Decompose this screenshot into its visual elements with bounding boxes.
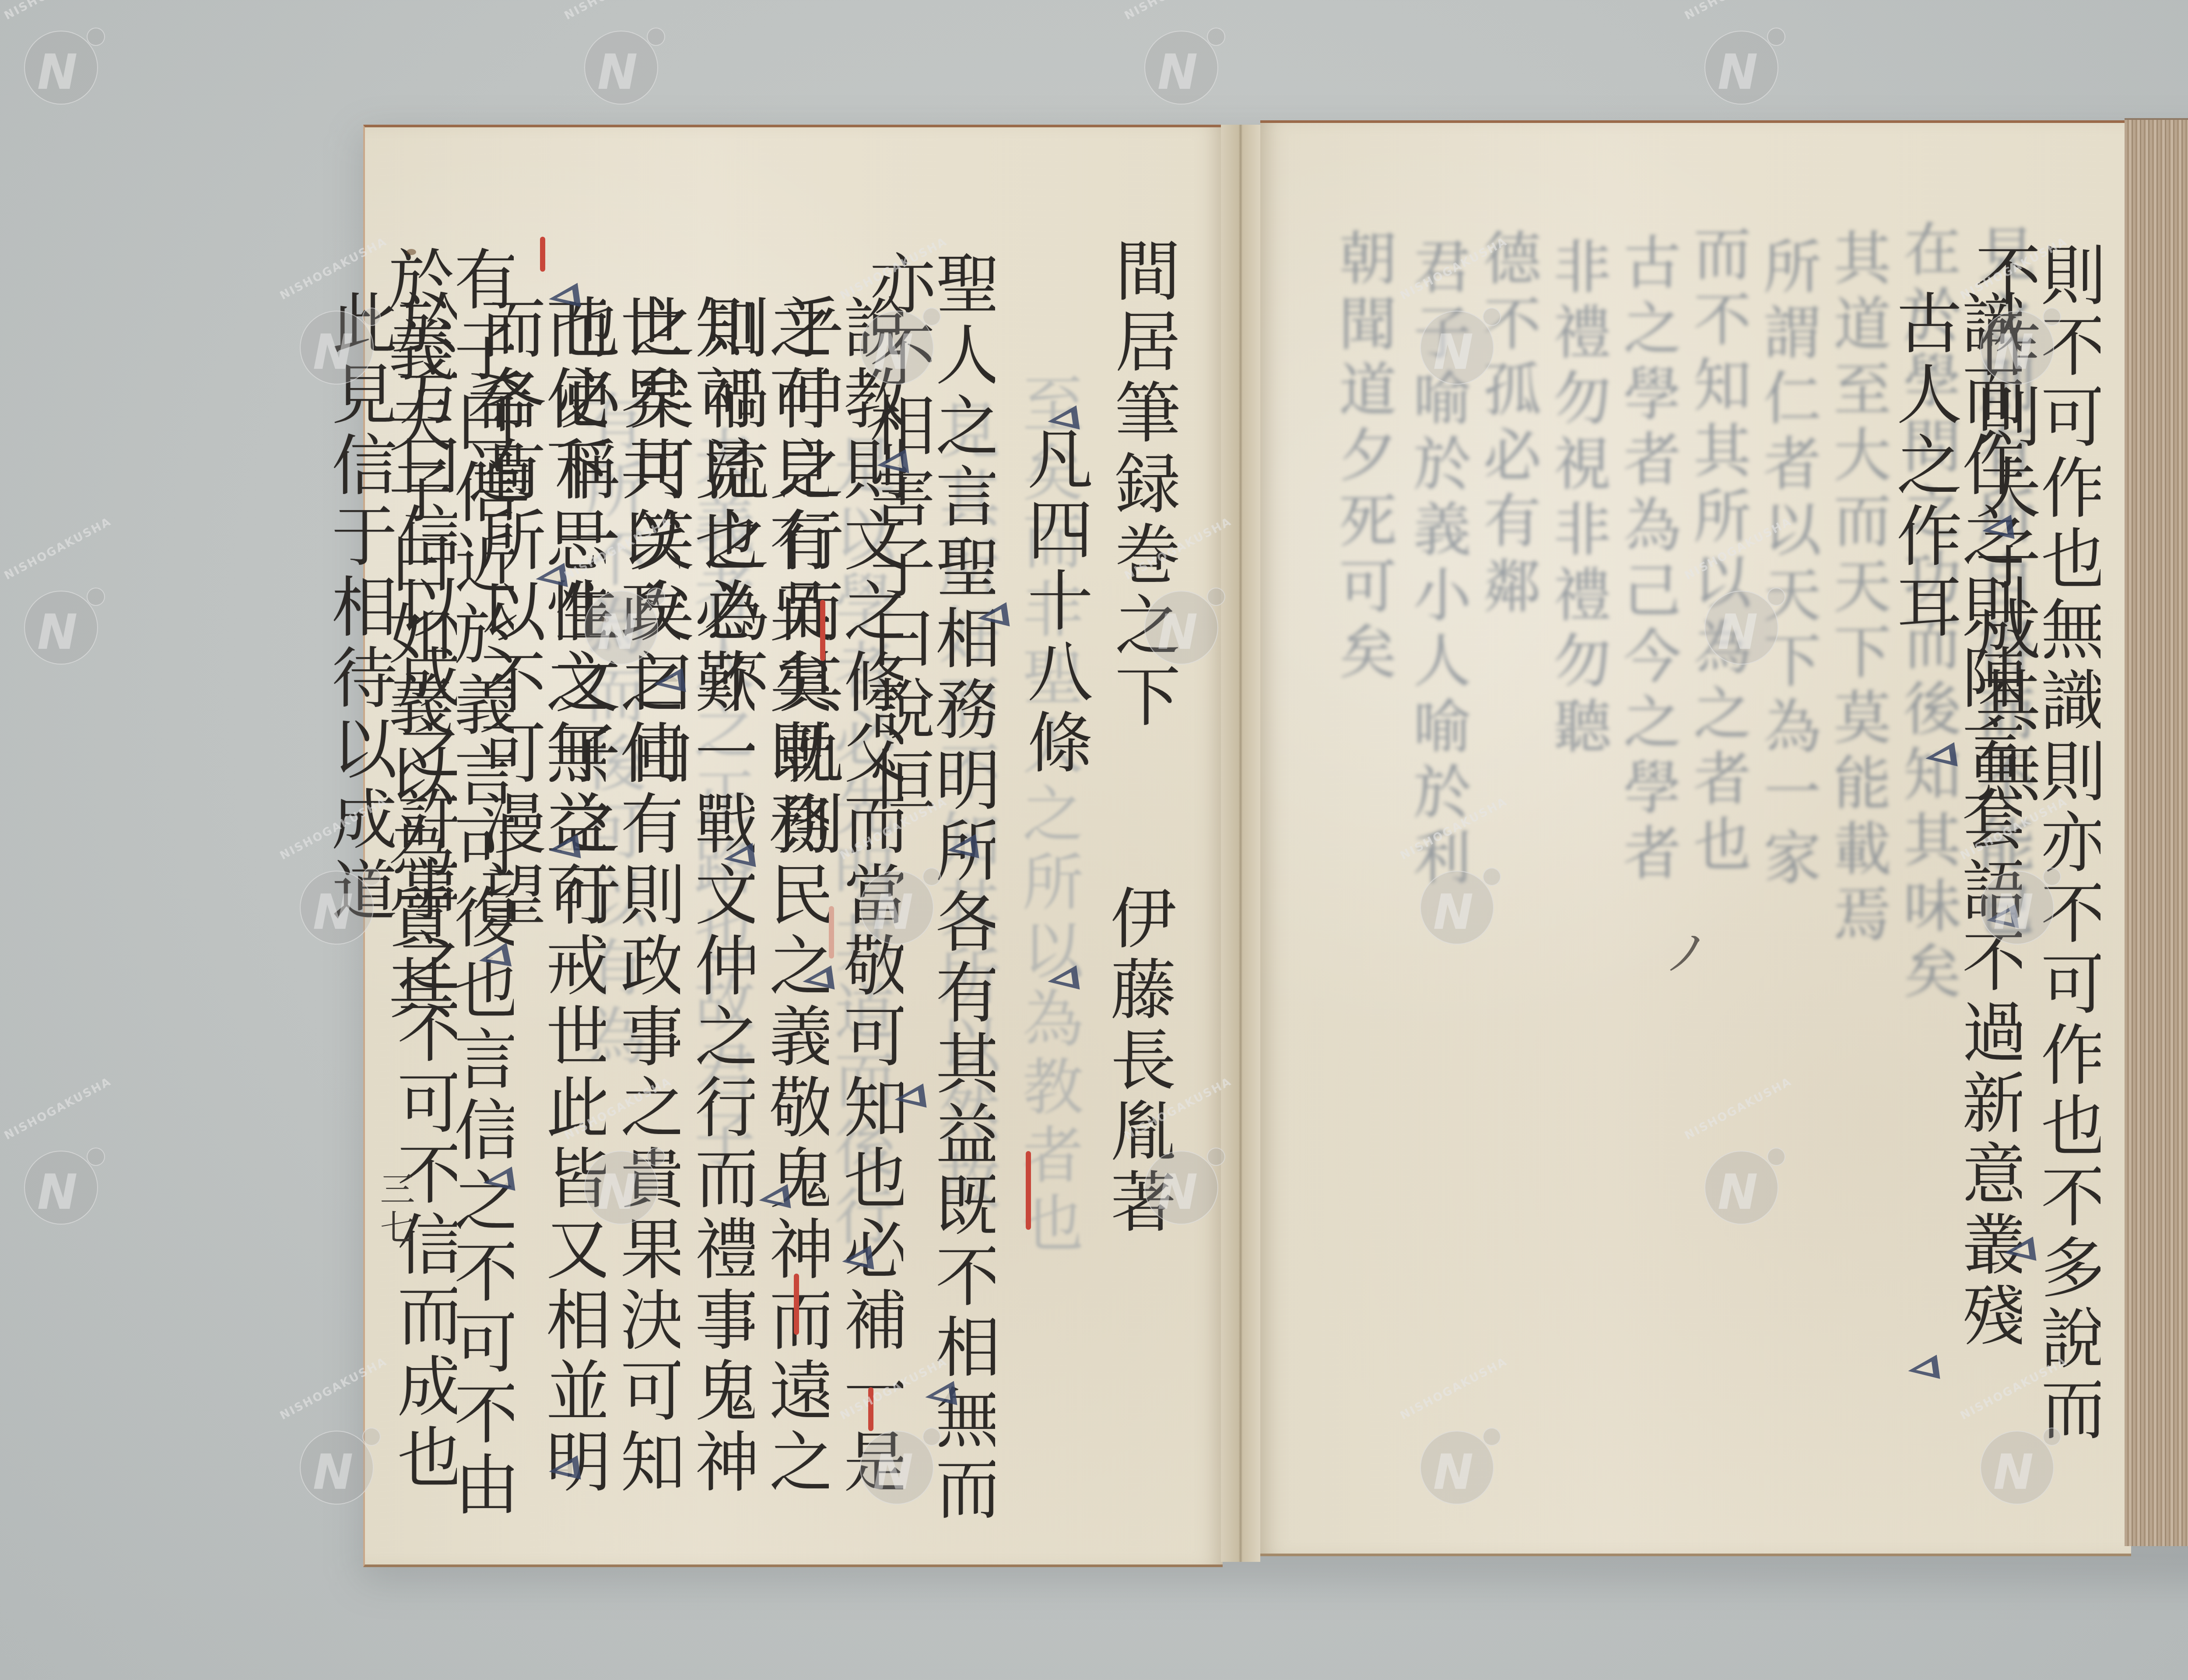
text-column: 於方曰信以成之許事之不可不信而成也此見信于相待以成道 bbox=[326, 289, 457, 1536]
reading-mark-icon bbox=[923, 1381, 957, 1409]
left-page: 至矣而非聖人之所以為教者也 見其所好而不知其所以然故 是以學者必先明其道而後行 … bbox=[363, 125, 1223, 1567]
reading-mark-icon bbox=[2002, 1236, 2036, 1265]
reading-mark-icon bbox=[875, 449, 909, 477]
red-proper-noun-mark bbox=[868, 1387, 873, 1431]
reading-mark-icon bbox=[534, 563, 568, 591]
reading-mark-icon bbox=[1985, 904, 2019, 932]
ink-spot bbox=[407, 249, 416, 255]
nishogakusha-logo-icon: NISHOGAKUSHAN bbox=[1125, 7, 1225, 107]
reading-mark-icon bbox=[1046, 405, 1080, 434]
nishogakusha-logo-icon: NISHOGAKUSHAN bbox=[565, 7, 665, 107]
reading-mark-icon bbox=[1981, 514, 2014, 543]
bleed-through-text: 其道至大而天下莫能載焉 bbox=[1828, 228, 1886, 950]
reading-mark-icon bbox=[757, 1184, 791, 1212]
reading-mark-icon bbox=[1924, 742, 1957, 770]
reading-mark-icon bbox=[652, 668, 686, 696]
reading-mark-icon bbox=[801, 965, 835, 994]
section-count: 凡四十八條 bbox=[1021, 425, 1087, 779]
red-proper-noun-mark bbox=[794, 1274, 799, 1335]
author-line: 伊藤長胤著 bbox=[1105, 884, 1170, 1239]
right-page: 見之則有所自得而不能已 在於學問之功而後知其味矣 其道至大而天下莫能載焉 所謂仁… bbox=[1260, 120, 2131, 1556]
bleed-through-text: 所謂仁者以天下為一家 bbox=[1758, 237, 1816, 893]
red-proper-noun-mark bbox=[829, 906, 834, 959]
reading-mark-icon bbox=[547, 283, 581, 311]
bleed-through-text: 非禮勿視非禮勿聽 bbox=[1548, 237, 1606, 762]
nishogakusha-logo-icon: NISHOGAKUSHAN bbox=[1685, 7, 1785, 107]
photo-scene: 至矣而非聖人之所以為教者也 見其所好而不知其所以然故 是以學者必先明其道而後行 … bbox=[0, 0, 2188, 1680]
reading-mark-icon bbox=[722, 843, 756, 871]
bleed-through-text: 而不知其所以為之者也 bbox=[1688, 224, 1746, 880]
reading-mark-icon bbox=[976, 602, 1010, 630]
book-title: 間居筆録巻之下 bbox=[1109, 237, 1175, 733]
reading-mark-icon bbox=[840, 1245, 874, 1274]
red-proper-noun-mark bbox=[820, 600, 825, 661]
bleed-through-text: 德不孤必有鄰 bbox=[1478, 228, 1536, 622]
bleed-through-text: 朝聞道夕死可矣 bbox=[1334, 228, 1392, 687]
bleed-through-text: 君子喻於義小人喻於利 bbox=[1408, 237, 1466, 893]
reading-mark-icon bbox=[893, 1083, 926, 1112]
reading-mark-icon bbox=[547, 834, 581, 862]
bleed-through-text: 古之學者為己今之學者 bbox=[1618, 232, 1676, 889]
stray-ink-mark: ノ bbox=[1663, 915, 1711, 984]
nishogakusha-logo-icon: NISHOGAKUSHAN bbox=[4, 7, 105, 107]
nishogakusha-logo-icon: NISHOGAKUSHAN bbox=[4, 1127, 105, 1227]
reading-mark-icon bbox=[547, 1455, 581, 1484]
reading-mark-icon bbox=[1906, 1354, 1940, 1383]
text-column: 識而作之則陳言套語不過新意叢殘古人之作耳 bbox=[1890, 289, 2022, 1383]
reading-mark-icon bbox=[481, 1166, 515, 1195]
page-number: 三七 bbox=[369, 1171, 420, 1248]
nishogakusha-logo-icon: NISHOGAKUSHAN bbox=[4, 567, 105, 667]
book-gutter bbox=[1221, 125, 1260, 1562]
page-block-edge bbox=[2125, 118, 2188, 1546]
red-proper-noun-mark bbox=[540, 237, 545, 272]
ink-spot bbox=[601, 617, 609, 623]
red-proper-noun-mark bbox=[1026, 1151, 1031, 1230]
reading-mark-icon bbox=[1046, 965, 1080, 994]
reading-mark-icon bbox=[945, 834, 979, 862]
